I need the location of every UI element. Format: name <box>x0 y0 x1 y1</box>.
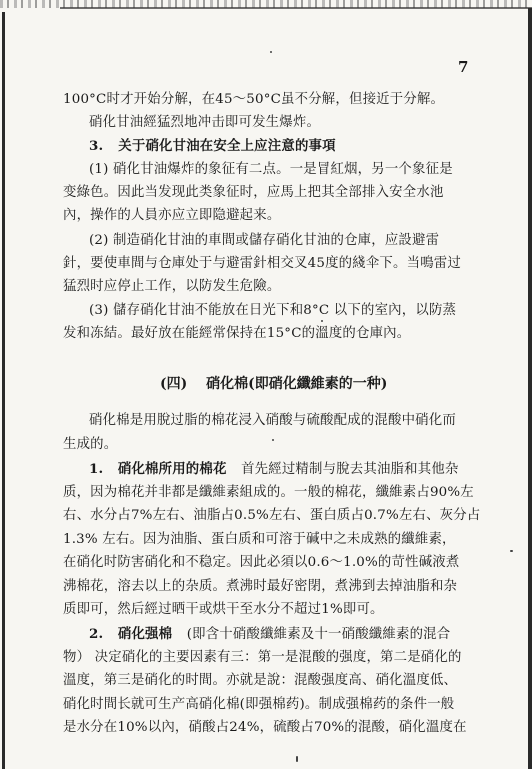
body-line: 质即可，然后經过晒干或烘干至水分不超过1%即可。 <box>63 601 483 619</box>
body-line: 右、水分占7%左右、油脂占0.5%左右、蛋白质占0.7%左右、灰分占 <box>63 507 483 525</box>
section-number: (四) <box>160 376 187 392</box>
page-number: 7 <box>458 58 468 76</box>
scan-speck <box>272 439 274 441</box>
scan-speck <box>321 320 323 322</box>
body-line: 內，操作的人員亦应立即隐避起来。 <box>63 207 483 225</box>
heading-title: 关于硝化甘油在安全上应注意的事項 <box>118 138 335 154</box>
scan-left-border <box>2 12 5 769</box>
scan-top-rule <box>60 7 532 9</box>
subsection-heading-3: 3. 关于硝化甘油在安全上应注意的事項 <box>89 137 483 155</box>
heading-number: 3. <box>89 138 103 154</box>
body-line: (1) 硝化甘油爆炸的象征有二点。一是冒紅烟，另一个象征是 <box>89 161 483 179</box>
body-line: 硝化时間长就可生产高硝化棉(即强棉药)。制成强棉药的条件一般 <box>63 696 483 714</box>
scan-speck <box>296 756 298 762</box>
body-line: 在硝化时防害硝化和不稳定。因此必須以0.6～1.0%的苛性碱液煮 <box>63 554 483 572</box>
subsection-1-first-line: 1. 硝化棉所用的棉花 首先經过精制与脫去其油脂和其他杂 <box>89 460 483 479</box>
body-line: 100°C时才开始分解，在45～50°C虽不分解，但接近于分解。 <box>63 91 483 109</box>
subsection-text: (即含十硝酸纖維素及十一硝酸纖維素的混合 <box>187 627 451 642</box>
subsection-2-first-line: 2. 硝化强棉 (即含十硝酸纖維素及十一硝酸纖維素的混合 <box>89 625 483 644</box>
body-line: 发和冻結。最好放在能經常保持在15°C的溫度的仓庫內。 <box>63 325 483 343</box>
scan-speck <box>510 550 513 552</box>
body-line: 物） 决定硝化的主要因素有三：第一是混酸的强度，第二是硝化的 <box>63 649 483 667</box>
body-line: 硝化甘油經猛烈地冲击即可发生爆炸。 <box>89 114 483 132</box>
subsection-text: 首先經过精制与脫去其油脂和其他杂 <box>241 462 458 477</box>
section-title: 硝化棉(即硝化纖維素的一种) <box>206 376 387 392</box>
body-line: (3) 儲存硝化甘油不能放在日光下和8°C 以下的室內，以防蒸 <box>89 302 483 320</box>
subsection-title: 硝化棉所用的棉花 <box>118 461 227 477</box>
body-line: 变綠色。因此当发现此类象征时，应馬上把其全部排入安全水池 <box>63 184 483 202</box>
body-line: 硝化棉是用脫过脂的棉花浸入硝酸与硫酸配成的混酸中硝化而 <box>89 412 483 430</box>
subsection-number: 2. <box>89 626 103 642</box>
scan-right-border <box>528 8 532 769</box>
body-line: 沸棉花，溶去以上的杂质。煮沸时最好密閉，煮沸到去掉油脂和杂 <box>63 578 483 596</box>
subsection-title: 硝化强棉 <box>118 626 172 642</box>
body-line: 1.3% 左右。因为油脂、蛋白质和可溶于碱中之未成熟的纖維素， <box>63 531 483 549</box>
body-line: 猛烈时应停止工作，以防发生危險。 <box>63 278 483 296</box>
subsection-number: 1. <box>89 461 103 477</box>
scan-speck <box>270 51 272 53</box>
body-line: (2) 制造硝化甘油的車間或儲存硝化甘油的仓庫，应設避雷 <box>89 232 483 250</box>
body-line: 溫度，第三是硝化的时間。亦就是說：混酸强度高、硝化溫度低、 <box>63 672 483 690</box>
body-line: 是水分在10%以內，硝酸占24%，硫酸占70%的混酸，硝化溫度在 <box>63 719 483 737</box>
section-heading-4: (四) 硝化棉(即硝化纖維素的一种) <box>160 373 387 393</box>
body-line: 針，要使車間与仓庫处于与避雷針相交叉45度的綫伞下。当鳴雷过 <box>63 255 483 273</box>
body-line: 质，因为棉花并非都是纖維素組成的。一般的棉花，纖維素占90%左 <box>63 484 483 502</box>
